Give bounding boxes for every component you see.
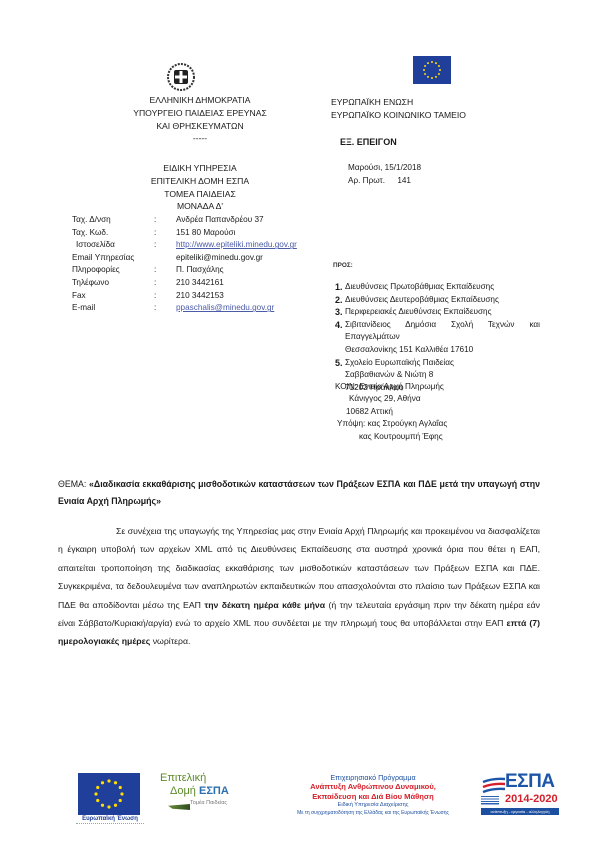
contact-details: Ταχ. Δ/νση:Ανδρέα Παπανδρέου 37Ταχ. Κωδ.… — [72, 214, 297, 315]
contact-label: Ταχ. Δ/νση — [72, 214, 154, 227]
contact-colon: : — [154, 239, 176, 252]
cc-line: κας Κουτρουμπή Έφης — [335, 431, 447, 443]
operational-program-logo: Επιχειρησιακό Πρόγραμμα Ανάπτυξη Ανθρώπι… — [268, 773, 478, 817]
contact-row: Πληροφορίες:Π. Πασχάλης — [72, 264, 297, 277]
contact-label: Πληροφορίες — [72, 264, 154, 277]
recipient-number: 4. — [335, 319, 345, 332]
recipient-text: Σιβιτανίδειος Δημόσια Σχολή Τεχνών και — [345, 319, 540, 332]
ministry-header: ΕΛΛΗΝΙΚΗ ΔΗΜΟΚΡΑΤΙΑ ΥΠΟΥΡΓΕΙΟ ΠΑΙΔΕΙΑΣ Ε… — [100, 94, 300, 144]
body-text: Σε συνέχεια της υπαγωγής της Υπηρεσίας μ… — [58, 526, 540, 610]
espa-years: 2014-2020 — [505, 793, 558, 805]
urgency-label: ΕΞ. ΕΠΕΙΓΟΝ — [340, 137, 397, 147]
recipient-number: 2. — [335, 294, 345, 307]
recipient-line: 2.Διευθύνσεις Δευτεροβάθμιας Εκπαίδευσης — [335, 294, 540, 307]
contact-colon: : — [154, 277, 176, 290]
greek-emblem-icon — [166, 62, 196, 92]
contact-link[interactable]: ppaschalis@minedu.gov.gr — [176, 302, 274, 315]
op-cofund: Με τη συγχρηματοδότηση της Ελλάδας και τ… — [268, 809, 478, 817]
eu-header: ΕΥΡΩΠΑΪΚΗ ΕΝΩΣΗ ΕΥΡΩΠΑΪΚΟ ΚΟΙΝΩΝΙΚΟ ΤΑΜΕ… — [331, 96, 466, 123]
body-paragraph: Σε συνέχεια της υπαγωγής της Υπηρεσίας μ… — [58, 522, 540, 651]
place-date: Μαρούσι, 15/1/2018 — [348, 162, 421, 175]
op-authority: Ειδική Υπηρεσία Διαχείρισης — [268, 801, 478, 809]
recipient-line: 3.Περιφερειακές Διευθύνσεις Εκπαίδευσης — [335, 306, 540, 319]
contact-value: 210 3442153 — [176, 290, 224, 303]
recipient-number: 5. — [335, 357, 345, 370]
op-name: Ανάπτυξη Ανθρώπινου Δυναμικού, — [268, 782, 478, 792]
cc-line: ΚΟΙΝ: Ενιαία Αρχή Πληρωμής — [335, 381, 447, 393]
contact-row: Ταχ. Δ/νση:Ανδρέα Παπανδρέου 37 — [72, 214, 297, 227]
logo-text: ΕΣΠΑ — [199, 785, 229, 797]
eu-line: ΕΥΡΩΠΑΪΚΟ ΚΟΙΝΩΝΙΚΟ ΤΑΜΕΙΟ — [331, 109, 466, 122]
header-separator: ----- — [100, 132, 300, 144]
contact-colon: : — [154, 227, 176, 240]
cc-block: ΚΟΙΝ: Ενιαία Αρχή Πληρωμής Κάνιγγος 29, … — [335, 381, 447, 443]
eu-logo-icon — [78, 773, 140, 815]
contact-row: E-mail:ppaschalis@minedu.gov.gr — [72, 302, 297, 315]
eu-flag-icon — [413, 56, 451, 84]
greek-flag-icon — [481, 796, 499, 805]
contact-row: Ταχ. Κωδ.:151 80 Μαρούσι — [72, 227, 297, 240]
eu-logo-subline — [76, 823, 144, 826]
body-text: νωρίτερα. — [150, 636, 190, 646]
op-title: Επιχειρησιακό Πρόγραμμα — [268, 773, 478, 782]
protocol-number: 141 — [397, 175, 411, 188]
logo-line: Τομέα Παιδείας — [160, 800, 250, 806]
contact-label: Email Υπηρεσίας — [72, 252, 154, 265]
recipient-text: Διευθύνσεις Πρωτοβάθμιας Εκπαίδευσης — [345, 281, 540, 294]
recipient-line: Σαββαθιανών & Νιώτη 8 — [335, 369, 540, 382]
eu-logo-caption: Ευρωπαϊκή Ένωση — [76, 816, 144, 822]
contact-colon: : — [154, 214, 176, 227]
footer-logos: Ευρωπαϊκή Ένωση Επιτελική Δομή ΕΣΠΑ Τομέ… — [0, 760, 596, 830]
contact-label: E-mail — [72, 302, 154, 315]
contact-colon: : — [154, 302, 176, 315]
subject-prefix: ΘΕΜΑ: — [58, 479, 89, 489]
epiteliki-logo: Επιτελική Δομή ΕΣΠΑ Τομέα Παιδείας — [160, 772, 250, 806]
protocol-label: Αρ. Πρωτ. — [348, 176, 385, 185]
header-line: ΚΑΙ ΘΡΗΣΚΕΥΜΑΤΩΝ — [100, 120, 300, 133]
unit-line: ΜΟΝΑΔΑ Δ' — [100, 200, 300, 213]
contact-colon: : — [154, 290, 176, 303]
date-block: Μαρούσι, 15/1/2018 Αρ. Πρωτ. 141 — [348, 162, 421, 187]
recipient-text: Περιφερειακές Διευθύνσεις Εκπαίδευσης — [345, 306, 540, 319]
subject: ΘΕΜΑ: «Διαδικασία εκκαθάρισης μισθοδοτικ… — [58, 476, 540, 510]
cc-line: Υπόψη: κας Στρούγκη Αγλαΐας — [335, 418, 447, 430]
contact-colon — [154, 252, 176, 265]
contact-row: Email Υπηρεσίαςepiteliki@minedu.gov.gr — [72, 252, 297, 265]
espa-logo: ΕΣΠΑ 2014-2020 ανάπτυξη - εργασία - αλλη… — [475, 770, 565, 822]
recipient-text: Επαγγελμάτων — [345, 331, 540, 344]
recipient-number: 3. — [335, 306, 345, 319]
recipient-line: 5.Σχολείο Ευρωπαϊκής Παιδείας — [335, 357, 540, 370]
recipients-label: ΠΡΟΣ: — [333, 262, 353, 269]
body-bold: την δέκατη ημέρα κάθε μήνα — [204, 600, 325, 610]
protocol-row: Αρ. Πρωτ. 141 — [348, 175, 421, 188]
unit-line: ΤΟΜΕΑ ΠΑΙΔΕΙΑΣ — [100, 188, 300, 201]
recipient-text: Σαββαθιανών & Νιώτη 8 — [345, 369, 540, 382]
espa-tagline: ανάπτυξη - εργασία - αλληλεγγύη — [481, 808, 559, 815]
logo-line: Δομή ΕΣΠΑ — [160, 785, 250, 798]
logo-text: Δομή — [170, 785, 199, 797]
recipient-text: Σχολείο Ευρωπαϊκής Παιδείας — [345, 357, 540, 370]
contact-row: Τηλέφωνο:210 3442161 — [72, 277, 297, 290]
recipient-number — [335, 369, 345, 382]
contact-value: 210 3442161 — [176, 277, 224, 290]
recipients-list: 1.Διευθύνσεις Πρωτοβάθμιας Εκπαίδευσης2.… — [335, 281, 540, 394]
logo-line: Επιτελική — [160, 772, 250, 785]
recipient-text: Θεσσαλονίκης 151 Καλλιθέα 17610 — [345, 344, 540, 357]
recipient-line: Θεσσαλονίκης 151 Καλλιθέα 17610 — [335, 344, 540, 357]
recipient-line: 1.Διευθύνσεις Πρωτοβάθμιας Εκπαίδευσης — [335, 281, 540, 294]
espa-stripes-icon — [481, 776, 505, 796]
header-line: ΕΛΛΗΝΙΚΗ ΔΗΜΟΚΡΑΤΙΑ — [100, 94, 300, 107]
op-name: Εκπαίδευση και Διά Βίου Μάθηση — [268, 792, 478, 802]
recipient-number — [335, 331, 345, 344]
contact-value: epiteliki@minedu.gov.gr — [176, 252, 263, 265]
contact-label: Ιστοσελίδα — [72, 239, 154, 252]
contact-link[interactable]: http://www.epiteliki.minedu.gov.gr — [176, 239, 297, 252]
unit-line: ΕΙΔΙΚΗ ΥΠΗΡΕΣΙΑ — [100, 162, 300, 175]
contact-value: Ανδρέα Παπανδρέου 37 — [176, 214, 264, 227]
contact-colon: : — [154, 264, 176, 277]
contact-label: Τηλέφωνο — [72, 277, 154, 290]
contact-label: Ταχ. Κωδ. — [72, 227, 154, 240]
subject-text: «Διαδικασία εκκαθάρισης μισθοδοτικών κατ… — [58, 479, 540, 506]
recipient-number — [335, 344, 345, 357]
contact-row: Fax:210 3442153 — [72, 290, 297, 303]
recipient-line: 4.Σιβιτανίδειος Δημόσια Σχολή Τεχνών και — [335, 319, 540, 332]
contact-row: Ιστοσελίδα:http://www.epiteliki.minedu.g… — [72, 239, 297, 252]
contact-label: Fax — [72, 290, 154, 303]
header-line: ΥΠΟΥΡΓΕΙΟ ΠΑΙΔΕΙΑΣ ΕΡΕΥΝΑΣ — [100, 107, 300, 120]
espa-word: ΕΣΠΑ — [505, 771, 555, 793]
cc-line: Κάνιγγος 29, Αθήνα — [335, 393, 447, 405]
recipient-number: 1. — [335, 281, 345, 294]
recipient-text: Διευθύνσεις Δευτεροβάθμιας Εκπαίδευσης — [345, 294, 540, 307]
cc-line: 10682 Αττική — [335, 406, 447, 418]
eu-line: ΕΥΡΩΠΑΪΚΗ ΕΝΩΣΗ — [331, 96, 466, 109]
recipient-line: Επαγγελμάτων — [335, 331, 540, 344]
contact-value: Π. Πασχάλης — [176, 264, 224, 277]
unit-header: ΕΙΔΙΚΗ ΥΠΗΡΕΣΙΑ ΕΠΙΤΕΛΙΚΗ ΔΟΜΗ ΕΣΠΑ ΤΟΜΕ… — [100, 162, 300, 213]
unit-line: ΕΠΙΤΕΛΙΚΗ ΔΟΜΗ ΕΣΠΑ — [100, 175, 300, 188]
contact-value: 151 80 Μαρούσι — [176, 227, 235, 240]
